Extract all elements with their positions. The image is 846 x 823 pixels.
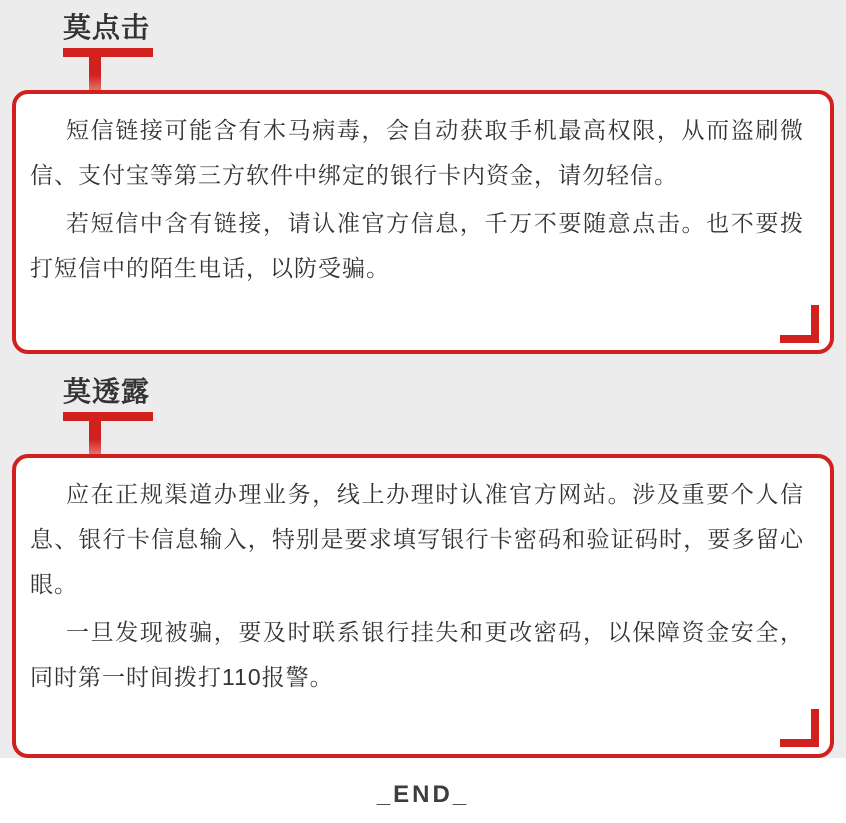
warning-card-1: 短信链接可能含有木马病毒，会自动获取手机最高权限，从而盗刷微信、支付宝等第三方软… <box>12 90 834 354</box>
card-paragraph: 短信链接可能含有木马病毒，会自动获取手机最高权限，从而盗刷微信、支付宝等第三方软… <box>30 108 804 198</box>
card-paragraph: 应在正规渠道办理业务，线上办理时认准官方网站。涉及重要个人信息、银行卡信息输入，… <box>30 472 804 607</box>
card-paragraph: 若短信中含有链接，请认准官方信息，千万不要随意点击。也不要拨打短信中的陌生电话，… <box>30 201 804 291</box>
title-connector-bar <box>89 57 101 90</box>
corner-bracket-icon <box>780 305 819 343</box>
end-marker: _END_ <box>377 781 469 808</box>
title-underline-bar <box>63 48 153 57</box>
warning-card-2: 应在正规渠道办理业务，线上办理时认准官方网站。涉及重要个人信息、银行卡信息输入，… <box>12 454 834 758</box>
section-heading-block-1: 莫点击 <box>63 12 846 90</box>
section-heading-block-2: 莫透露 <box>63 354 846 454</box>
article-footer: _END_ <box>0 758 846 823</box>
title-underline-bar <box>63 412 153 421</box>
title-connector-bar <box>89 421 101 454</box>
section-title-2: 莫透露 <box>63 376 846 408</box>
article-body: 莫点击 短信链接可能含有木马病毒，会自动获取手机最高权限，从而盗刷微信、支付宝等… <box>0 0 846 758</box>
card-paragraph: 一旦发现被骗，要及时联系银行挂失和更改密码，以保障资金安全，同时第一时间拨打11… <box>30 610 804 700</box>
corner-bracket-icon <box>780 709 819 747</box>
section-title-1: 莫点击 <box>63 12 846 44</box>
